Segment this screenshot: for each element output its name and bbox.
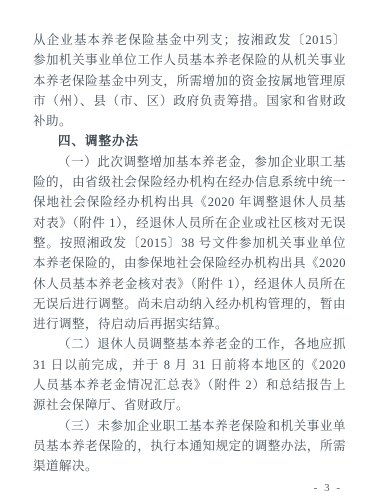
text-line: （三）未参加企业职工基本养老保险和机关事业单位工作人 bbox=[33, 416, 346, 436]
text-line: 险的，由省级社会保险经办机构在经办信息系统中统一设置，参 bbox=[33, 172, 346, 192]
text-line: 无误后进行调整。尚未启动纳入经办机构管理的，暂由原单位先 bbox=[33, 294, 346, 314]
text-line: 31 日以前完成，并于 8 月 31 日前将本地区的《2020 年调整退休 bbox=[33, 355, 346, 375]
text-line: 源社会保障厅、省财政厅。 bbox=[33, 395, 346, 415]
text-line: 人员基本养老金情况汇总表》（附件 2）和总结报告上报省人力资 bbox=[33, 375, 346, 395]
text-line: 员基本养老保险的，执行本通知规定的调整办法，所需资金由原 bbox=[33, 436, 346, 456]
text-line: 本养老保险的，由参保地社会保险经办机构出具《2020 年调整退 bbox=[33, 253, 346, 273]
document-body: 从企业基本养老保险基金中列支；按湘政发〔2015〕38 号文件 参加机关事业单位… bbox=[33, 30, 346, 477]
text-line: 从企业基本养老保险基金中列支；按湘政发〔2015〕38 号文件 bbox=[33, 30, 346, 50]
text-line: 整。按照湘政发〔2015〕38 号文件参加机关事业单位工作人员基 bbox=[33, 233, 346, 253]
text-line: 休人员基本养老金核对表》（附件 1），经退休人员所在单位核对 bbox=[33, 274, 346, 294]
document-page: 从企业基本养老保险基金中列支；按湘政发〔2015〕38 号文件 参加机关事业单位… bbox=[0, 0, 379, 497]
section-heading: 四、调整办法 bbox=[33, 131, 346, 151]
text-line: 对表》（附件 1），经退休人员所在企业或社区核对无误后进行调 bbox=[33, 213, 346, 233]
text-line: 本养老保险基金中列支，所需增加的资金按属地管理原则由各 bbox=[33, 71, 346, 91]
text-line: 补助。 bbox=[33, 111, 346, 131]
text-line: 市（州）、县（市、区）政府负责筹措。国家和省财政给予适当 bbox=[33, 91, 346, 111]
text-line: 保地社会保险经办机构出具《2020 年调整退休人员基本养老金核 bbox=[33, 192, 346, 212]
text-line: 渠道解决。 bbox=[33, 456, 346, 476]
text-line: 参加机关事业单位工作人员基本养老保险的从机关事业单位基 bbox=[33, 50, 346, 70]
text-line: （二）退休人员调整基本养老金的工作，各地应抓紧在 7 月 bbox=[33, 334, 346, 354]
text-line: 进行调整，待启动后再据实结算。 bbox=[33, 314, 346, 334]
page-number: - 3 - bbox=[314, 482, 342, 494]
text-line: （一）此次调整增加基本养老金，参加企业职工基本养老保 bbox=[33, 152, 346, 172]
